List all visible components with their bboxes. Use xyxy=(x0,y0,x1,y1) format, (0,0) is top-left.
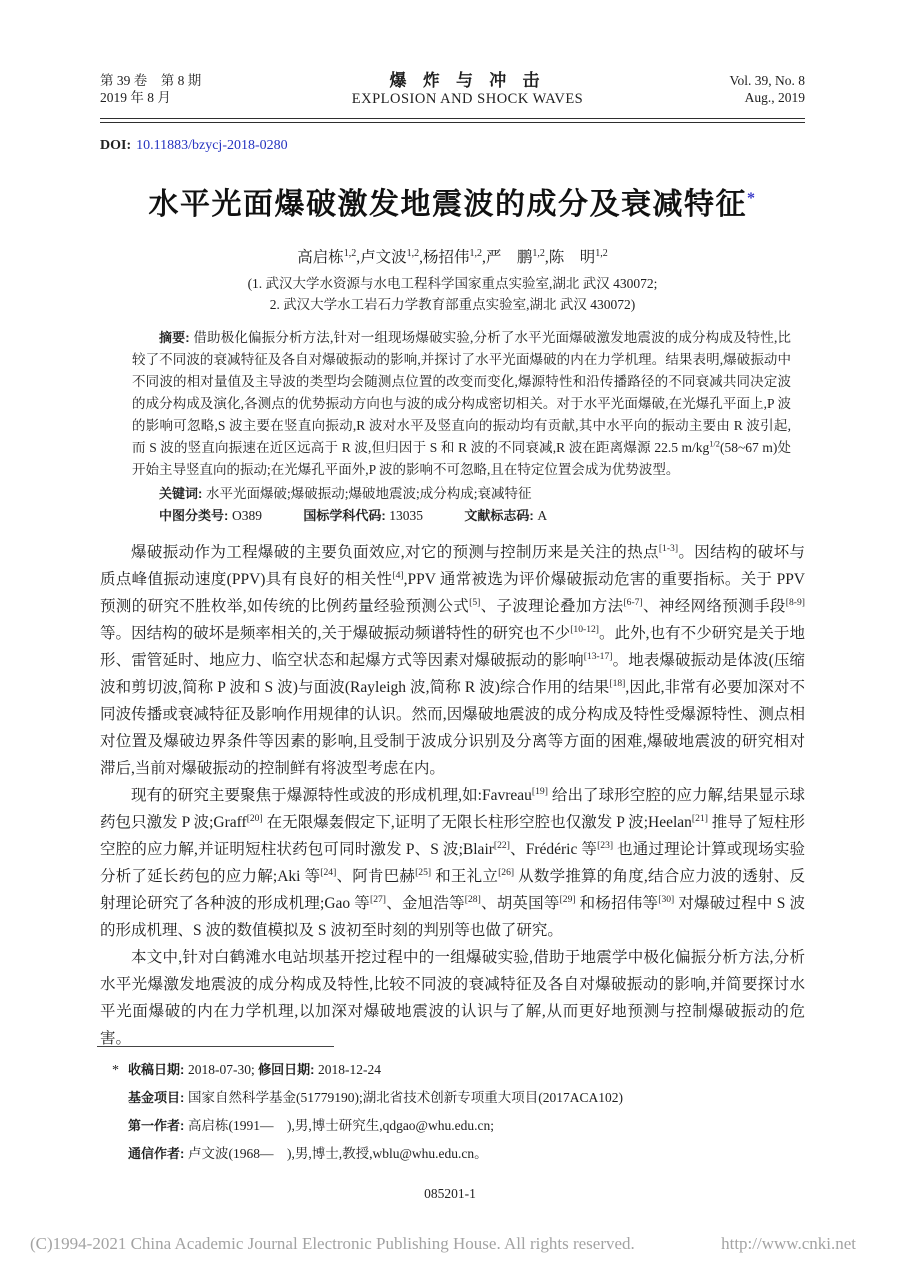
subject-code: 国标学科代码: 13035 xyxy=(303,508,423,523)
cnki-url: http://www.cnki.net xyxy=(721,1234,856,1254)
footnote-corresponding-author: 通信作者: 卢文波(1968— ),男,博士,教授,wblu@whu.edu.c… xyxy=(128,1140,728,1168)
body-paragraph: 现有的研究主要聚焦于爆源特性或波的形成机理,如:Favreau[19] 给出了球… xyxy=(100,782,805,944)
footnote-funding: 基金项目: 国家自然科学基金(51779190);湖北省技术创新专项重大项目(2… xyxy=(128,1084,728,1112)
abstract-paragraph: 摘要: 借助极化偏振分析方法,针对一组现场爆破实验,分析了水平光面爆破激发地震波… xyxy=(132,327,791,481)
journal-header: 第 39 卷 第 8 期 2019 年 8 月 爆 炸 与 冲 击 EXPLOS… xyxy=(100,72,805,108)
footnote-divider-rule xyxy=(97,1046,334,1047)
keywords-line: 关键词: 水平光面爆破;爆破振动;爆破地震波;成分构成;衰减特征 xyxy=(132,483,791,505)
header-issue-en: Vol. 39, No. 8 Aug., 2019 xyxy=(685,72,805,106)
page-number: 085201-1 xyxy=(0,1186,900,1202)
copyright-line: (C)1994-2021 China Academic Journal Elec… xyxy=(30,1234,856,1254)
article-body: 爆破振动作为工程爆破的主要负面效应,对它的预测与控制历来是关注的热点[1-3]。… xyxy=(100,539,805,1052)
page-content: 第 39 卷 第 8 期 2019 年 8 月 爆 炸 与 冲 击 EXPLOS… xyxy=(100,72,805,1052)
affiliation-2: 2. 武汉大学水工岩石力学教育部重点实验室,湖北 武汉 430072) xyxy=(100,294,805,315)
classification-line: 中图分类号: O389 国标学科代码: 13035 文献标志码: A xyxy=(132,505,791,527)
body-paragraph: 本文中,针对白鹤滩水电站坝基开挖过程中的一组爆破实验,借助于地震学中极化偏振分析… xyxy=(100,944,805,1052)
abstract-block: 摘要: 借助极化偏振分析方法,针对一组现场爆破实验,分析了水平光面爆破激发地震波… xyxy=(100,327,805,527)
clc-number: 中图分类号: O389 xyxy=(159,508,262,523)
author-line: 高启栋1,2,卢文波1,2,杨招伟1,2,严 鹏1,2,陈 明1,2 xyxy=(100,244,805,268)
doi-link[interactable]: 10.11883/bzycj-2018-0280 xyxy=(136,138,288,153)
document-code: 文献标志码: A xyxy=(464,508,547,523)
footnote-first-author: 第一作者: 高启栋(1991— ),男,博士研究生,qdgao@whu.edu.… xyxy=(128,1112,728,1140)
abstract-text: 借助极化偏振分析方法,针对一组现场爆破实验,分析了水平光面爆破激发地震波的成分构… xyxy=(132,330,791,477)
keywords-text: 水平光面爆破;爆破振动;爆破地震波;成分构成;衰减特征 xyxy=(206,486,532,501)
abstract-label: 摘要: xyxy=(159,330,193,345)
article-title: 水平光面爆破激发地震波的成分及衰减特征* xyxy=(100,180,805,224)
journal-name-block: 爆 炸 与 冲 击 EXPLOSION AND SHOCK WAVES xyxy=(250,72,685,108)
journal-name-en: EXPLOSION AND SHOCK WAVES xyxy=(250,91,685,108)
issue-date-en: Aug., 2019 xyxy=(685,89,805,106)
doi-line: DOI:10.11883/bzycj-2018-0280 xyxy=(100,138,805,154)
header-divider-rule xyxy=(100,118,805,123)
journal-name-cn: 爆 炸 与 冲 击 xyxy=(250,72,685,90)
issue-number-cn: 第 39 卷 第 8 期 xyxy=(100,72,250,89)
issue-date-cn: 2019 年 8 月 xyxy=(100,89,250,106)
footnote-marker: * xyxy=(112,1057,119,1085)
article-title-text: 水平光面爆破激发地震波的成分及衰减特征 xyxy=(149,188,748,221)
body-paragraph: 爆破振动作为工程爆破的主要负面效应,对它的预测与控制历来是关注的热点[1-3]。… xyxy=(100,539,805,782)
affiliation-1: (1. 武汉大学水资源与水电工程科学国家重点实验室,湖北 武汉 430072; xyxy=(100,273,805,294)
header-issue-cn: 第 39 卷 第 8 期 2019 年 8 月 xyxy=(100,72,250,106)
copyright-text: (C)1994-2021 China Academic Journal Elec… xyxy=(30,1234,635,1254)
footnote-dates: *收稿日期: 2018-07-30; 修回日期: 2018-12-24 xyxy=(128,1056,728,1084)
keywords-label: 关键词: xyxy=(159,486,206,501)
footnote-block: *收稿日期: 2018-07-30; 修回日期: 2018-12-24 基金项目… xyxy=(128,1056,728,1168)
paper-page: 第 39 卷 第 8 期 2019 年 8 月 爆 炸 与 冲 击 EXPLOS… xyxy=(0,0,900,1273)
doi-label: DOI: xyxy=(100,138,131,153)
volume-number-en: Vol. 39, No. 8 xyxy=(685,72,805,89)
title-footnote-mark: * xyxy=(747,190,757,207)
